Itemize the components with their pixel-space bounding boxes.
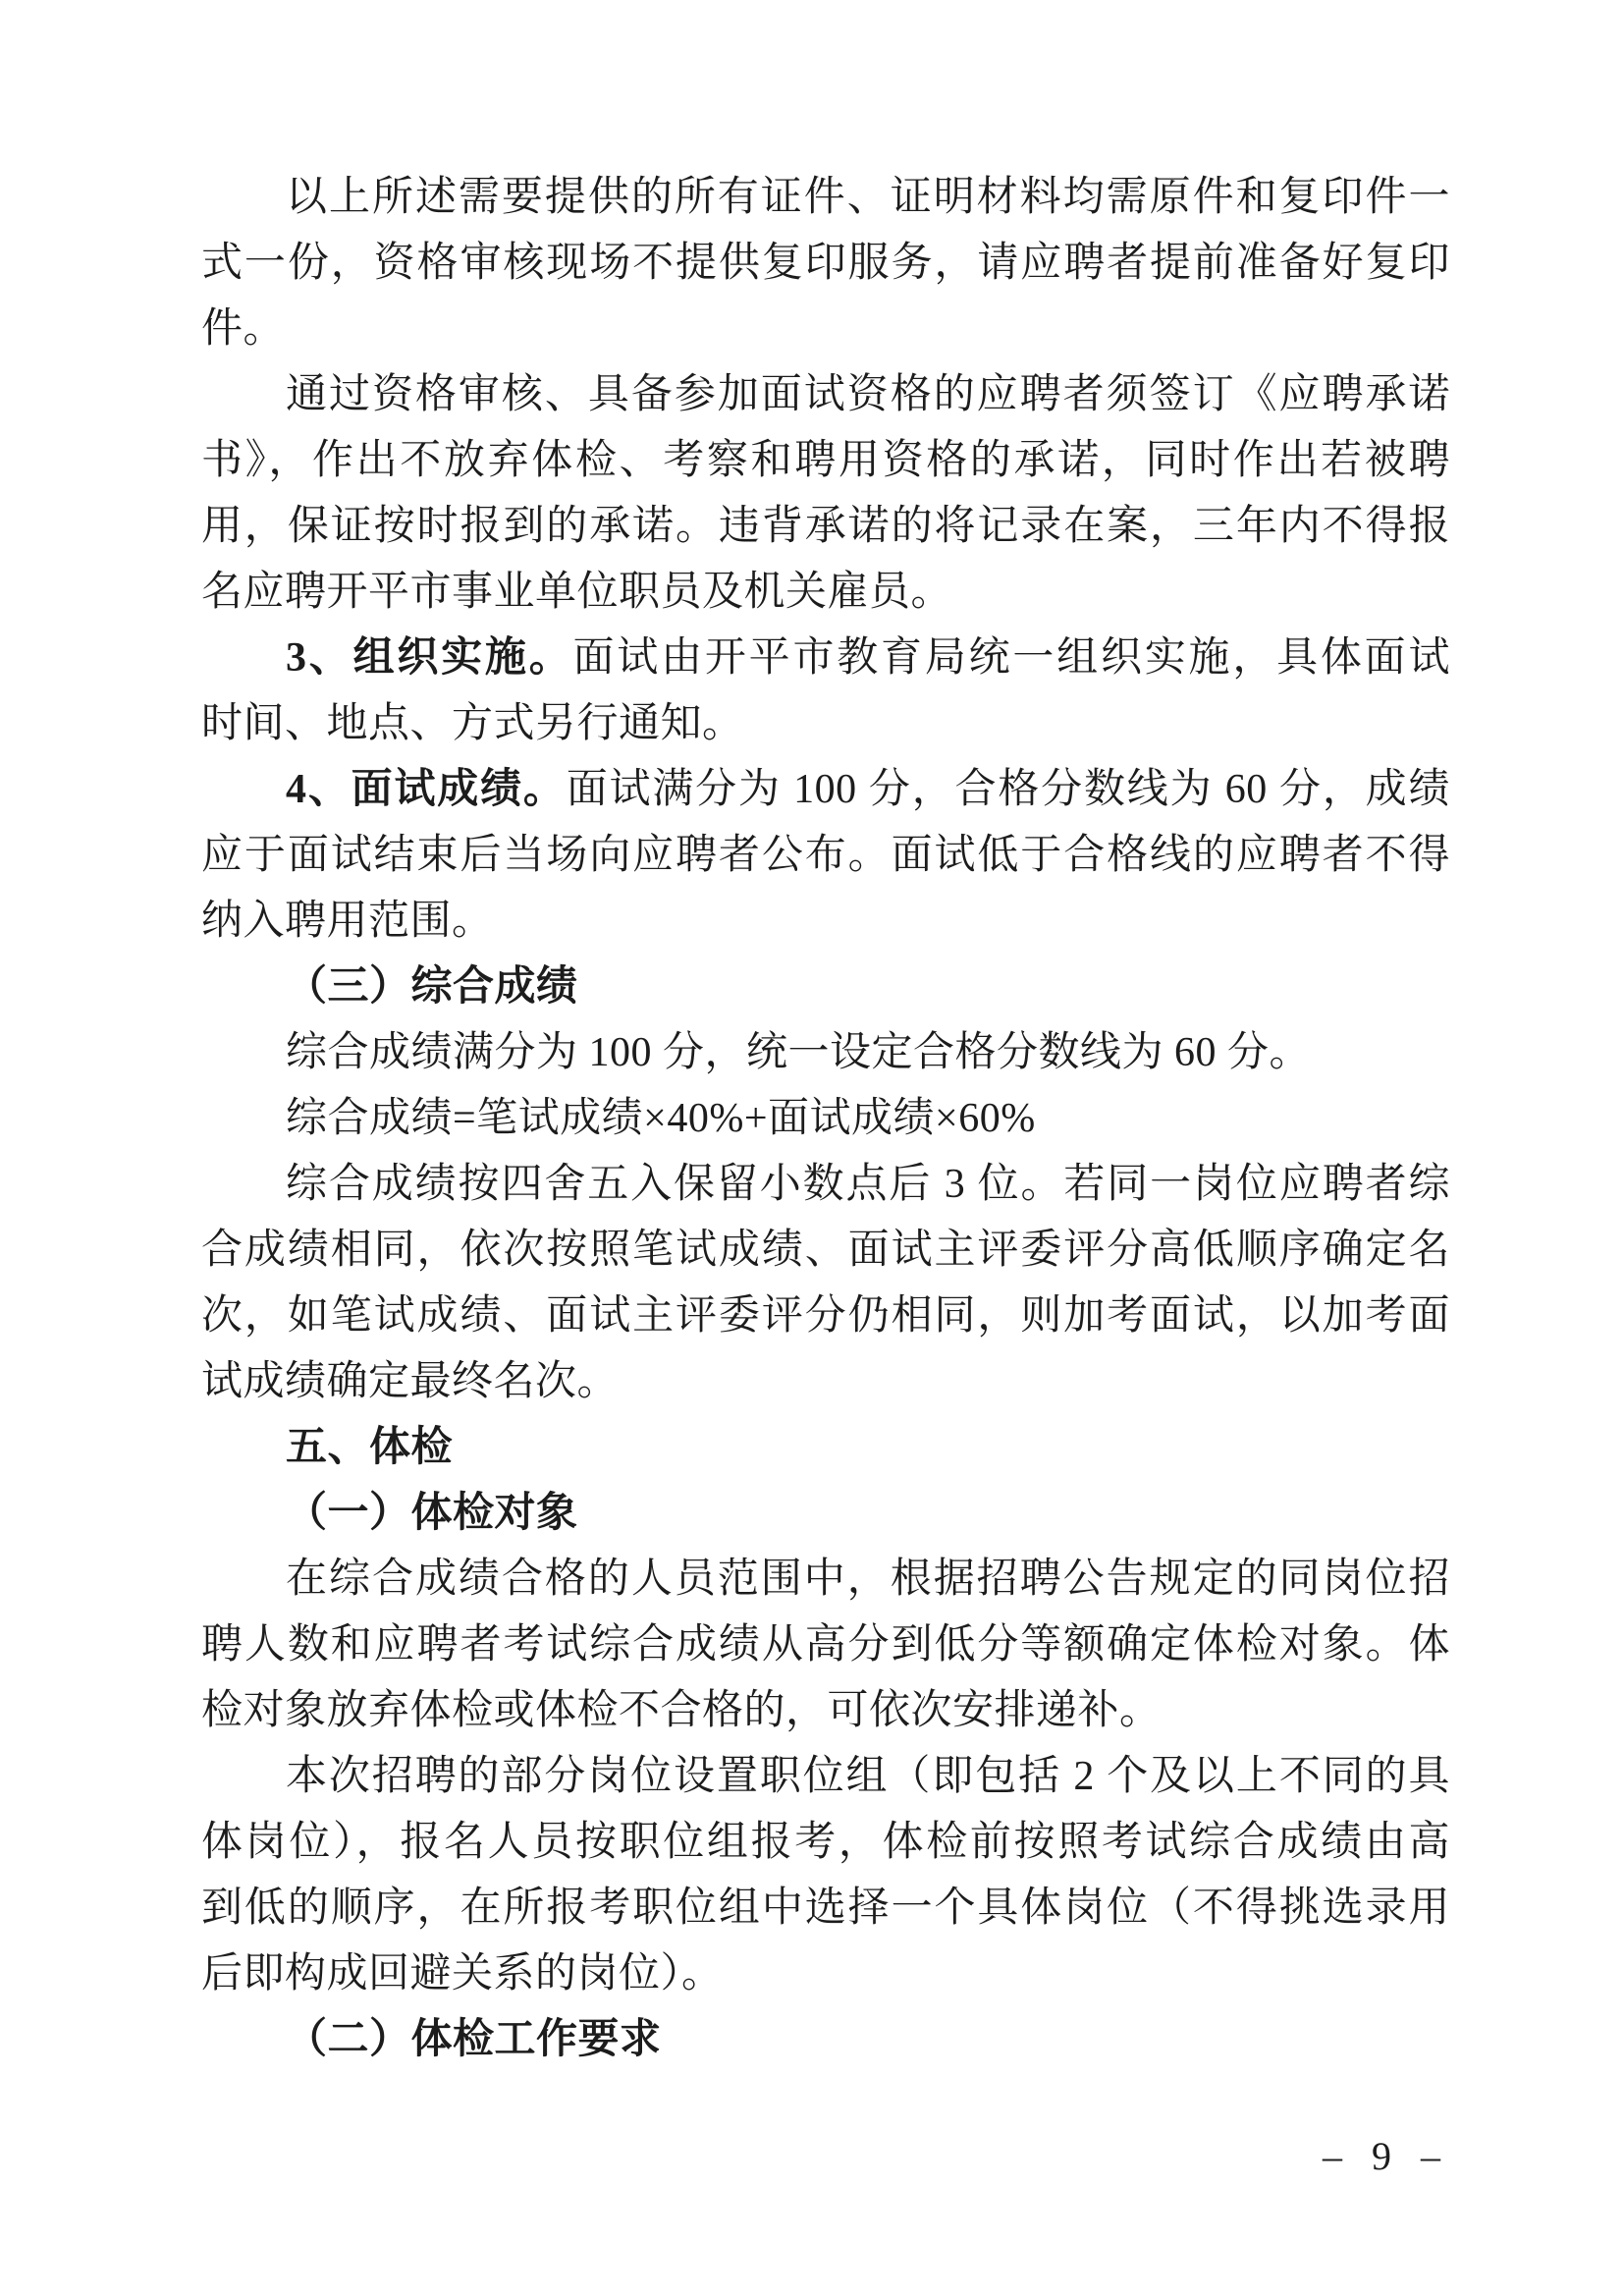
text-line: 后即构成回避关系的岗位）。 [201, 1941, 1450, 2007]
page-number: – 9 – [1323, 2133, 1450, 2180]
text-line: 式一份，资格审核现场不提供复印服务，请应聘者提前准备好复印 [201, 231, 1450, 297]
text-line: 书》，作出不放弃体检、考察和聘用资格的承诺，同时作出若被聘 [201, 428, 1450, 494]
document-body: 以上所述需要提供的所有证件、证明材料均需原件和复印件一式一份，资格审核现场不提供… [201, 165, 1450, 2073]
text-line: 通过资格审核、具备参加面试资格的应聘者须签订《应聘承诺 [201, 362, 1450, 428]
text-line: 以上所述需要提供的所有证件、证明材料均需原件和复印件一 [201, 165, 1450, 231]
text-line: 时间、地点、方式另行通知。 [201, 691, 1450, 757]
text-line: 综合成绩满分为 100 分，统一设定合格分数线为 60 分。 [201, 1020, 1450, 1086]
text-line: 应于面试结束后当场向应聘者公布。面试低于合格线的应聘者不得 [201, 823, 1450, 889]
text-line: 用，保证按时报到的承诺。违背承诺的将记录在案，三年内不得报 [201, 494, 1450, 560]
text-line: （三）综合成绩 [201, 955, 1450, 1020]
text-line: 检对象放弃体检或体检不合格的，可依次安排递补。 [201, 1678, 1450, 1744]
text-line: 综合成绩按四舍五入保留小数点后 3 位。若同一岗位应聘者综 [201, 1152, 1450, 1218]
text-line: 试成绩确定最终名次。 [201, 1349, 1450, 1415]
text-line: 件。 [201, 297, 1450, 362]
document-page: 以上所述需要提供的所有证件、证明材料均需原件和复印件一式一份，资格审核现场不提供… [0, 0, 1623, 2296]
bold-lead: 4、面试成绩。 [286, 767, 567, 812]
bold-lead: 3、组织实施。 [286, 635, 573, 681]
text-line: （一）体检对象 [201, 1481, 1450, 1547]
text-line: 在综合成绩合格的人员范围中，根据招聘公告规定的同岗位招 [201, 1547, 1450, 1613]
text-line: 综合成绩=笔试成绩×40%+面试成绩×60% [201, 1086, 1450, 1152]
text-line: 4、面试成绩。面试满分为 100 分，合格分数线为 60 分，成绩 [201, 757, 1450, 823]
text-line: 3、组织实施。面试由开平市教育局统一组织实施，具体面试 [201, 626, 1450, 691]
text-line: 合成绩相同，依次按照笔试成绩、面试主评委评分高低顺序确定名 [201, 1218, 1450, 1284]
text-line: 体岗位），报名人员按职位组报考，体检前按照考试综合成绩由高 [201, 1810, 1450, 1876]
text-line: 名应聘开平市事业单位职员及机关雇员。 [201, 560, 1450, 626]
text-line: 纳入聘用范围。 [201, 889, 1450, 955]
text-line: 次，如笔试成绩、面试主评委评分仍相同，则加考面试，以加考面 [201, 1284, 1450, 1349]
text-line: （二）体检工作要求 [201, 2007, 1450, 2073]
text-line: 本次招聘的部分岗位设置职位组（即包括 2 个及以上不同的具 [201, 1744, 1450, 1810]
text-line: 五、体检 [201, 1415, 1450, 1481]
text-line: 聘人数和应聘者考试综合成绩从高分到低分等额确定体检对象。体 [201, 1613, 1450, 1678]
text-line: 到低的顺序，在所报考职位组中选择一个具体岗位（不得挑选录用 [201, 1876, 1450, 1941]
